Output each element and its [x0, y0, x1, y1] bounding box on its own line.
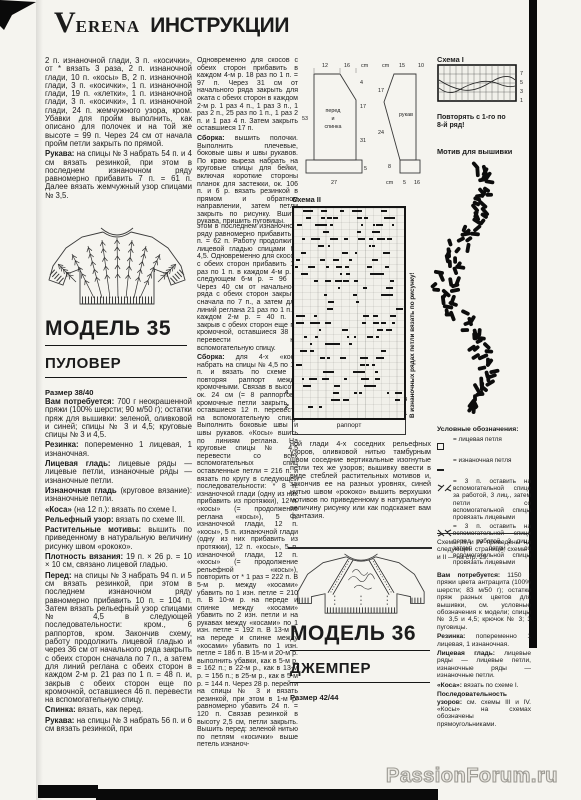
- dim-front-right-3: 31: [360, 138, 366, 144]
- paragraph: Растительные мотивы: вышить по приведенн…: [45, 526, 192, 551]
- schema1-row-5: 5: [520, 80, 523, 86]
- model36-size: Размер 42/44: [290, 693, 430, 702]
- paragraph: Перед: на спицы № 3 набрать 94 п. и 5 см…: [45, 572, 192, 705]
- lead: Лицевая гладь:: [437, 650, 495, 657]
- paragraph: Вам потребуется: 1150 г пряжи цвета антр…: [437, 572, 531, 631]
- paragraph: Лицевая гладь: лицевые ряды — лицевые пе…: [437, 650, 531, 680]
- schema1-chart: 7 5 3 1: [437, 64, 529, 108]
- paragraph: «Коса» (на 12 п.): вязать по схеме I.: [45, 506, 192, 514]
- lead: «Коса»: [45, 505, 72, 514]
- embroidery-motif: [420, 158, 512, 424]
- schema1-row-1: 1: [520, 98, 523, 104]
- model35-subheading: ПУЛОВЕР: [45, 355, 187, 378]
- dim-front-right-1: 4: [360, 80, 363, 86]
- paragraph: Спинка: вязать, как перед.: [45, 706, 192, 714]
- legend-title: Условные обозначения:: [437, 426, 531, 433]
- column2-main-text: этом в последнем изнаночном ряду равноме…: [197, 223, 298, 751]
- text: 2 п. изнаночной глади, 3 п. «косички», о…: [45, 56, 192, 148]
- text: 1150 г пряжи цвета антрацита (100% шерст…: [437, 572, 531, 631]
- lead: Рельефный узор:: [45, 515, 114, 524]
- dim-front-left: 53: [302, 116, 308, 122]
- dim-front-bottom: 27: [331, 180, 337, 186]
- paragraph: Рукава: на спицы № 3 набрать 56 п. и 6 с…: [45, 717, 192, 734]
- legend-item: = 3 п. оставить на вспомогательной спице…: [437, 478, 531, 521]
- divider-col4: [437, 533, 530, 534]
- paragraph: Изнаночная гладь (круговое вязание): изн…: [45, 487, 192, 504]
- paragraph: Рукава: на спицы № 3 набрать 54 п. и 4 с…: [45, 150, 192, 200]
- jumper-illustration: [290, 551, 432, 619]
- text: вязать по схеме I.: [462, 682, 519, 689]
- schema2-row-1: 1: [404, 411, 407, 417]
- paragraph: этом в последнем изнаночном ряду равноме…: [197, 223, 298, 352]
- logo-rest: ERENA: [76, 17, 141, 36]
- front-piece-label-2: и: [331, 116, 334, 122]
- paragraph: Одновременно для скосов с обеих сторон п…: [197, 57, 298, 133]
- model36-heading: МОДЕЛЬ 36: [290, 622, 430, 651]
- legend-item: = изнаночная петля: [437, 457, 531, 476]
- dim-front-top-unit: cm: [361, 63, 369, 69]
- pullover-illustration: [46, 224, 188, 312]
- lead: Сборка:: [197, 354, 225, 361]
- model35-heading-block: МОДЕЛЬ 35 ПУЛОВЕР Размер 38/40: [45, 317, 187, 397]
- purl-stitch-icon: [437, 457, 453, 476]
- column2-top-text: Одновременно для скосов с обеих сторон п…: [197, 57, 298, 228]
- schema2-row-4: 4: [285, 390, 288, 396]
- paragraph: Рельефный узор: вязать по схеме III.: [45, 516, 192, 524]
- wheat-embroidery-motifs: [58, 238, 176, 298]
- text: (на 12 п.): вязать по схеме I.: [72, 505, 177, 514]
- legend-text: = 3 п. оставить на вспомогательной спице…: [453, 478, 531, 521]
- schema2-rapport-bracket: раппорт: [292, 420, 406, 435]
- paragraph: Сборка: вышить полочки. Выполнить плечев…: [197, 135, 298, 226]
- page-title: ИНСТРУКЦИИ: [150, 14, 289, 38]
- schemas-note: Схемы III и IV приведены на следующей ст…: [437, 539, 531, 563]
- text: на спицы № 3 набрать 94 п. и 5 см вязать…: [45, 571, 192, 704]
- model36-heading-block: МОДЕЛЬ 36 ДЖЕМПЕР Размер 42/44: [290, 622, 430, 702]
- sleeve-piece-label: рукав: [399, 112, 413, 118]
- column4-main-text: Вам потребуется: 1150 г пряжи цвета антр…: [437, 572, 531, 730]
- dim-sleeve-top-1: 15: [399, 63, 405, 69]
- front-back-pattern-piece: 12 16 cm 4 17 31 5 53 27 перед и спинка: [300, 58, 372, 192]
- lead: Резинка:: [437, 633, 465, 640]
- schema2-row-2: 2: [285, 404, 288, 410]
- paragraph: ной глади 4-х соседних рельефных узоров,…: [290, 440, 431, 520]
- dim-sleeve-top-2: 10: [418, 63, 424, 69]
- dim-sleeve-left-1: 17: [378, 88, 384, 94]
- legend-item: = лицевая петля: [437, 436, 531, 455]
- page-left-shade: [36, 0, 43, 800]
- dim-front-right-2: 17: [360, 104, 366, 110]
- schema1-row-7: 7: [520, 71, 523, 77]
- dim-front-right-4: 5: [364, 166, 367, 172]
- text: вышить полочки. Выполнить плечевые, боко…: [197, 135, 298, 226]
- legend-text: = изнаночная петля: [453, 457, 511, 464]
- paragraph: 2 п. изнаночной глади, 3 п. «косички», о…: [45, 57, 192, 148]
- motif-label: Мотив для вышивки: [437, 147, 512, 156]
- lead: «Коса»:: [437, 682, 462, 689]
- schema1-label: Схема I: [437, 55, 464, 64]
- paragraph: Вам потребуется: 700 г неокрашенной пряж…: [45, 398, 192, 439]
- dim-sleeve-top-unit: cm: [382, 63, 390, 69]
- paragraph: Резинка: попеременно 1 лицевая, 1 изнано…: [45, 441, 192, 458]
- bottom-bar-center: [96, 789, 438, 800]
- dim-sleeve-bottom-unit: cm: [386, 180, 394, 186]
- paragraph: Плотность вязания: 19 п. × 26 р. = 10 × …: [45, 553, 192, 570]
- schema2-label: Схема II: [292, 195, 321, 204]
- cable-back-icon: [437, 478, 453, 497]
- divider-col3: [288, 547, 432, 549]
- text: Одновременно для скосов с обеих сторон п…: [197, 57, 298, 132]
- dim-front-top-2: 16: [344, 63, 350, 69]
- page-header: VERENA ИНСТРУКЦИИ: [54, 6, 289, 40]
- paragraph: Последовательность узоров: см. схемы III…: [437, 691, 531, 728]
- front-piece-label-3: спинка: [324, 124, 341, 130]
- logo-initial: V: [54, 6, 76, 39]
- paragraph: «Коса»: вязать по схеме I.: [437, 682, 531, 689]
- lead: Сборка:: [197, 135, 225, 142]
- schema1-note: Повторять с 1-го по 8-й ряд!: [437, 114, 509, 130]
- dim-sleeve-bottom-1: 5: [403, 180, 406, 186]
- schema2-side-note: В изнаночных рядах петли вязать по рисун…: [409, 206, 420, 418]
- paragraph: Лицевая гладь: лицевые ряды — лицевые пе…: [45, 460, 192, 485]
- model35-size: Размер 38/40: [45, 388, 187, 397]
- knit-stitch-icon: [437, 436, 453, 455]
- model35-heading: МОДЕЛЬ 35: [45, 317, 187, 346]
- watermark: PassionForum.ru: [386, 765, 558, 788]
- text: вязать, как перед.: [76, 705, 143, 714]
- lead: Спинка:: [45, 705, 76, 714]
- magazine-page: VERENA ИНСТРУКЦИИ 2 п. изнаночной глади,…: [0, 0, 581, 800]
- dim-sleeve-left-3: 8: [388, 164, 391, 170]
- paragraph: Резинка: попеременно 1 лицевая, 1 изнано…: [437, 633, 531, 648]
- column1-top-text: 2 п. изнаночной глади, 3 п. «косички», о…: [45, 57, 192, 202]
- lead: Вам потребуется:: [437, 572, 500, 579]
- paragraph: Сборка: для 4-х «кос» набрать на спицы №…: [197, 354, 298, 749]
- dim-front-top-1: 12: [322, 63, 328, 69]
- text: для 4-х «кос» набрать на спицы № 4,5 по …: [197, 354, 298, 748]
- text: вязать по схеме III.: [114, 515, 185, 524]
- bottom-bar-left: [38, 785, 98, 798]
- column3-text: ной глади 4-х соседних рельефных узоров,…: [290, 440, 431, 522]
- paragraph: Схемы III и IV приведены на следующей ст…: [437, 539, 531, 561]
- text: на спицы № 3 набрать 54 п. и 4 см вязать…: [45, 149, 192, 199]
- schema1-row-3: 3: [520, 89, 523, 95]
- column1-main-text: Вам потребуется: 700 г неокрашенной пряж…: [45, 398, 192, 735]
- dim-sleeve-left-2: 24: [378, 130, 384, 136]
- text: этом в последнем изнаночном ряду равноме…: [197, 223, 298, 352]
- front-piece-label-1: перед: [326, 108, 342, 114]
- legend-text: = лицевая петля: [453, 436, 502, 443]
- text: ной глади 4-х соседних рельефных узоров,…: [290, 439, 431, 520]
- schema2-row-3: 3: [404, 397, 407, 403]
- schema2-chart: [292, 206, 406, 420]
- model36-subheading: ДЖЕМПЕР: [290, 660, 430, 683]
- verena-logo: VERENA: [54, 6, 140, 40]
